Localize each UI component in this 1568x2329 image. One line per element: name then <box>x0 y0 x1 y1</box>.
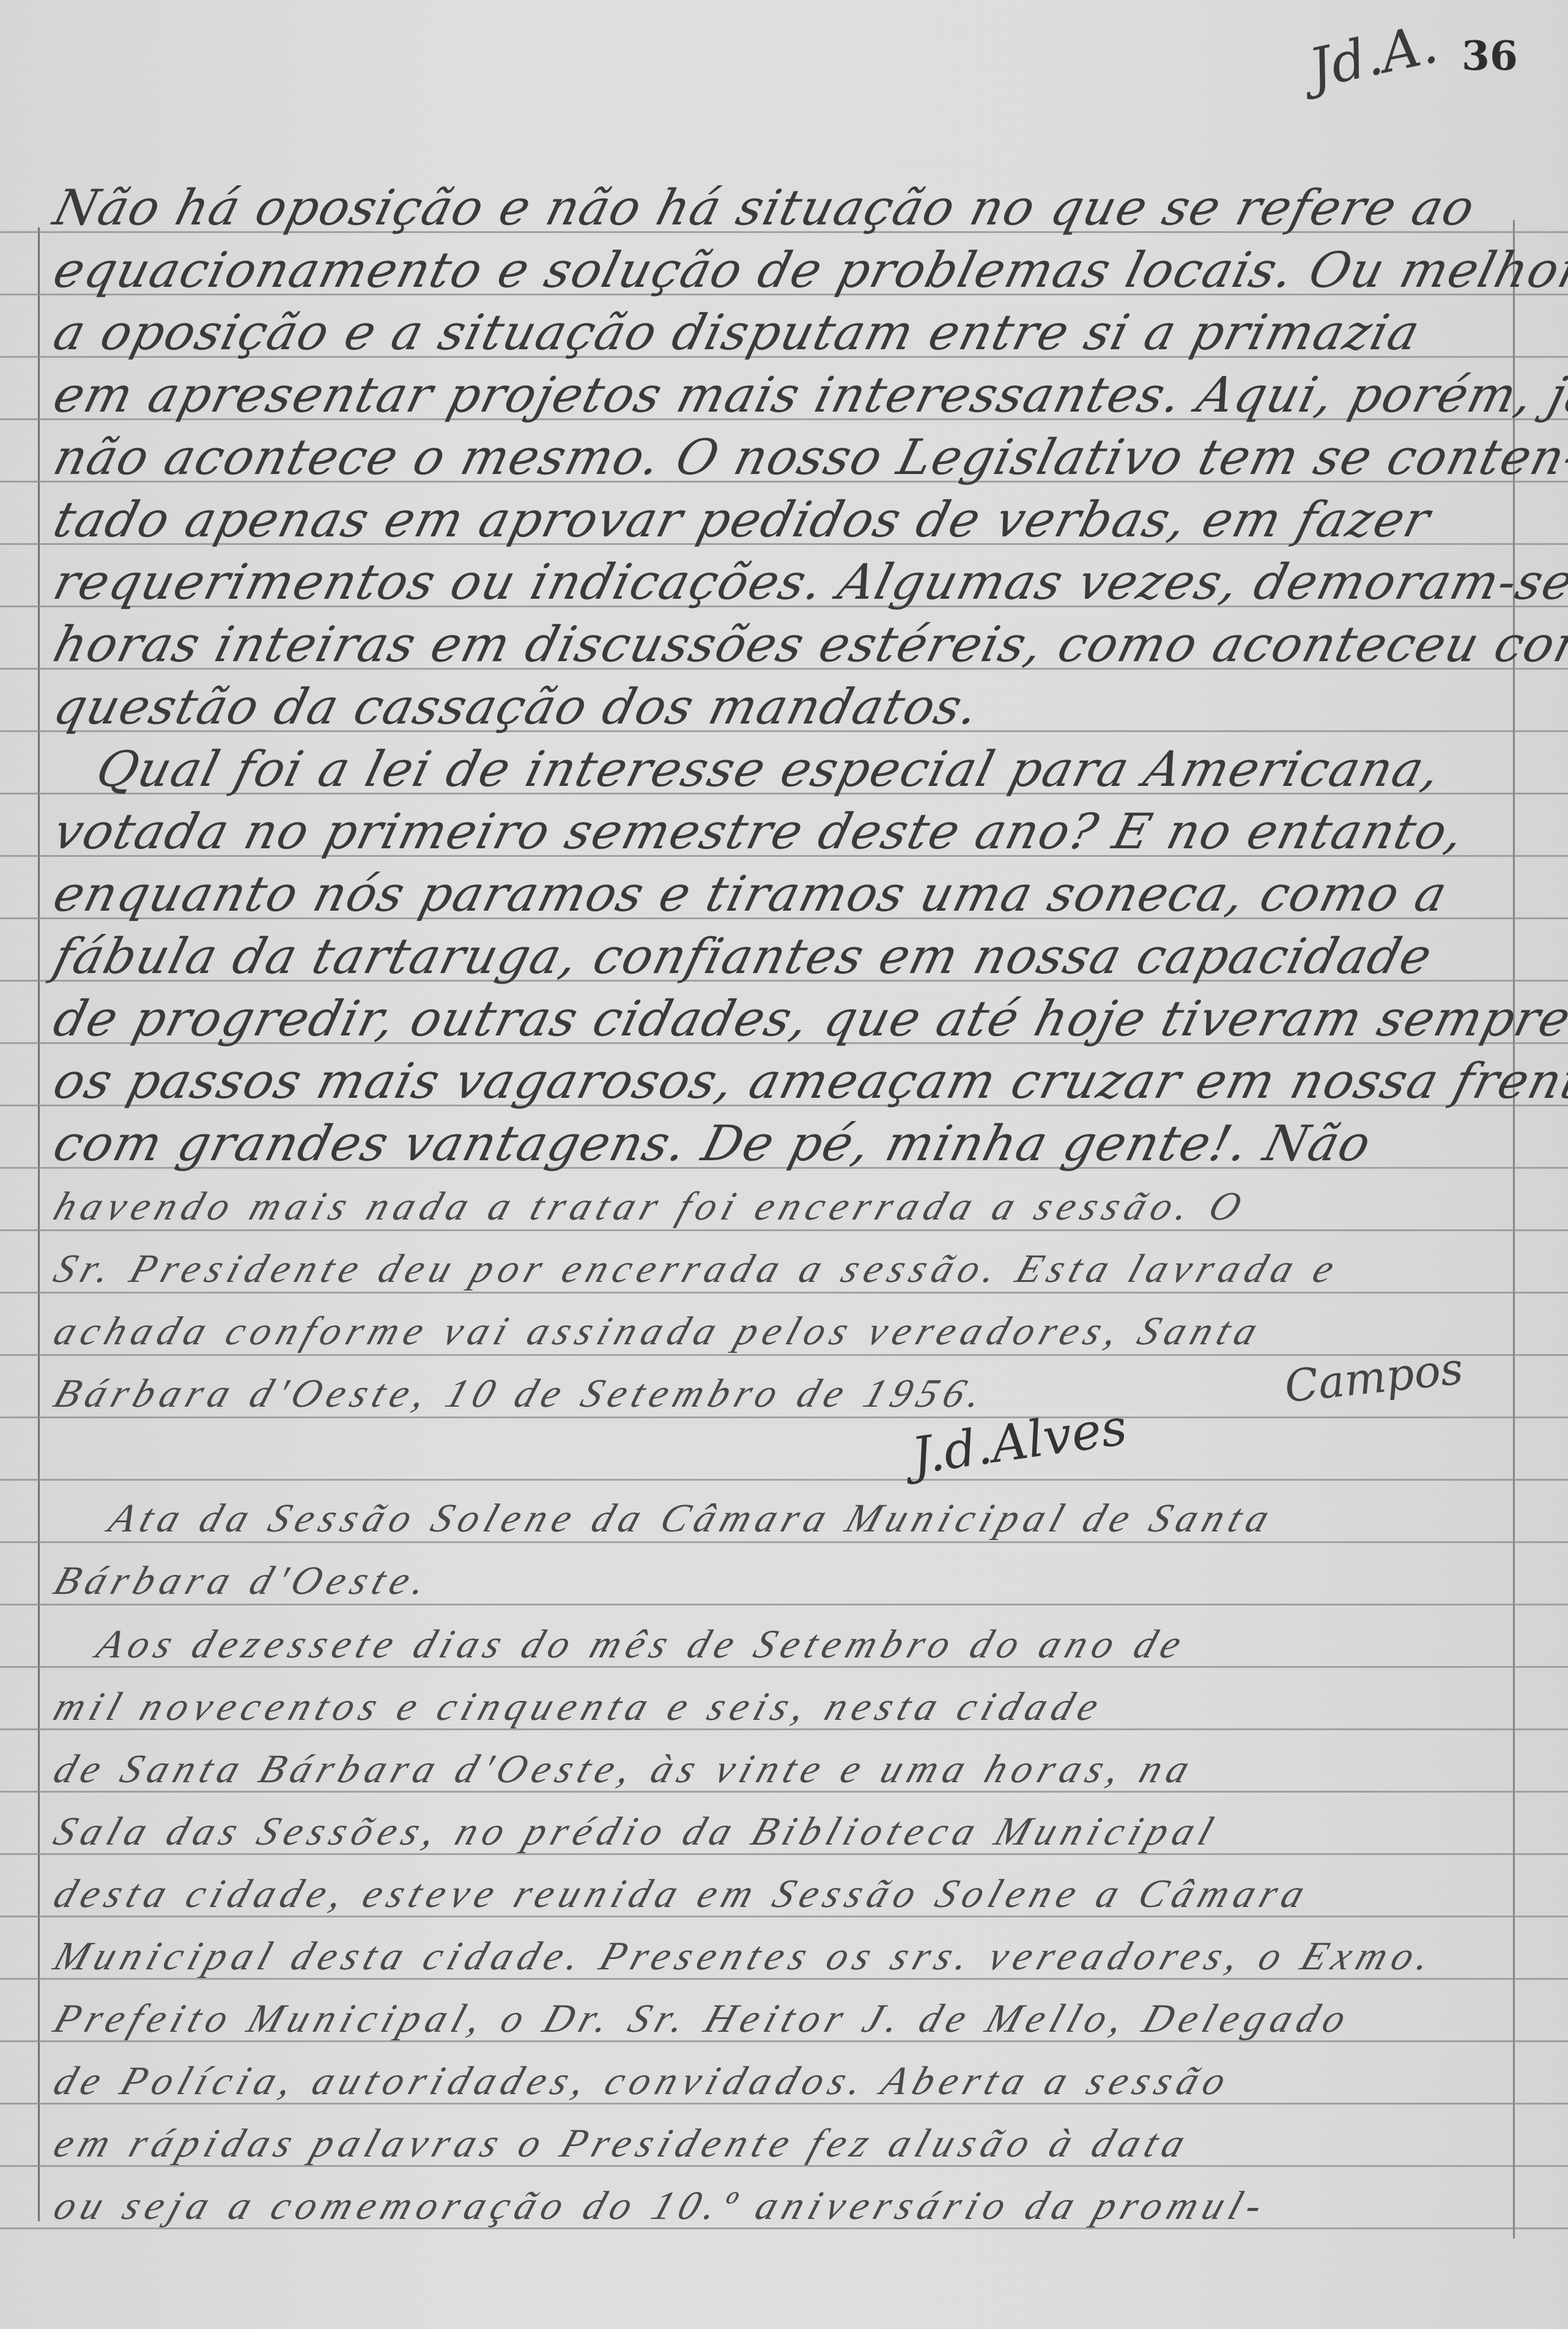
left-margin-rule <box>38 228 40 2221</box>
text-line: equacionamento e solução de problemas lo… <box>49 246 1517 295</box>
page-number: 36 <box>1462 32 1518 80</box>
ruled-line <box>0 1292 1568 1294</box>
text-line: Aos dezessete dias do mês de Setembro do… <box>92 1624 1560 1665</box>
text-line: achada conforme vai assinada pelos verea… <box>49 1311 1517 1352</box>
text-line: de Santa Bárbara d'Oeste, às vinte e uma… <box>49 1749 1517 1790</box>
text-line: a oposição e a situação disputam entre s… <box>49 308 1517 357</box>
text-line: não acontece o mesmo. O nosso Legislativ… <box>49 433 1517 482</box>
minutes-title-line: Bárbara d'Oeste. <box>49 1561 1517 1601</box>
manuscript-page: Jd.A. 36 Não há oposição e não há situaç… <box>0 0 1568 2329</box>
ruled-line <box>0 1541 1568 1543</box>
text-line: votada no primeiro semestre deste ano? E… <box>49 807 1517 856</box>
ruled-line <box>0 1229 1568 1231</box>
text-line: com grandes vantagens. De pé, minha gent… <box>49 1119 1517 1168</box>
text-line: horas inteiras em discussões estéreis, c… <box>49 620 1517 669</box>
text-line: Sala das Sessões, no prédio da Bibliotec… <box>49 1812 1517 1852</box>
text-line: tado apenas em aprovar pedidos de verbas… <box>49 495 1517 544</box>
text-line: Municipal desta cidade. Presentes os srs… <box>49 1936 1517 1977</box>
text-line: Sr. Presidente deu por encerrada a sessã… <box>49 1249 1517 1289</box>
minutes-title-line: Ata da Sessão Solene da Câmara Municipal… <box>104 1498 1568 1539</box>
text-line: em apresentar projetos mais interessante… <box>49 371 1517 420</box>
text-line: Qual foi a lei de interesse especial par… <box>92 745 1559 794</box>
text-line: ou seja a comemoração do 10.º aniversári… <box>49 2186 1517 2226</box>
text-line: questão da cassação dos mandatos. <box>49 683 1517 731</box>
text-line: em rápidas palavras o Presidente fez alu… <box>49 2123 1517 2164</box>
text-line: desta cidade, esteve reunida em Sessão S… <box>49 1874 1517 1914</box>
text-line: Prefeito Municipal, o Dr. Sr. Heitor J. … <box>49 1999 1517 2039</box>
text-line: havendo mais nada a tratar foi encerrada… <box>49 1187 1517 1227</box>
text-line: mil novecentos e cinquenta e seis, nesta… <box>49 1687 1517 1727</box>
text-line: fábula da tartaruga, confiantes em nossa… <box>49 932 1517 981</box>
text-line: enquanto nós paramos e tiramos uma sonec… <box>49 870 1517 919</box>
rubric-signature-top: Jd.A. <box>1304 12 1443 100</box>
text-line: de Polícia, autoridades, convidados. Abe… <box>49 2061 1517 2101</box>
text-line: de progredir, outras cidades, que até ho… <box>49 994 1517 1043</box>
ruled-line <box>0 1416 1568 1418</box>
text-line: requerimentos ou indicações. Algumas vez… <box>49 558 1517 607</box>
ruled-line <box>0 1479 1568 1481</box>
text-line: os passos mais vagarosos, ameaçam cruzar… <box>49 1057 1517 1106</box>
ruled-line <box>0 1604 1568 1605</box>
text-line: Não há oposição e não há situação no que… <box>49 183 1517 232</box>
